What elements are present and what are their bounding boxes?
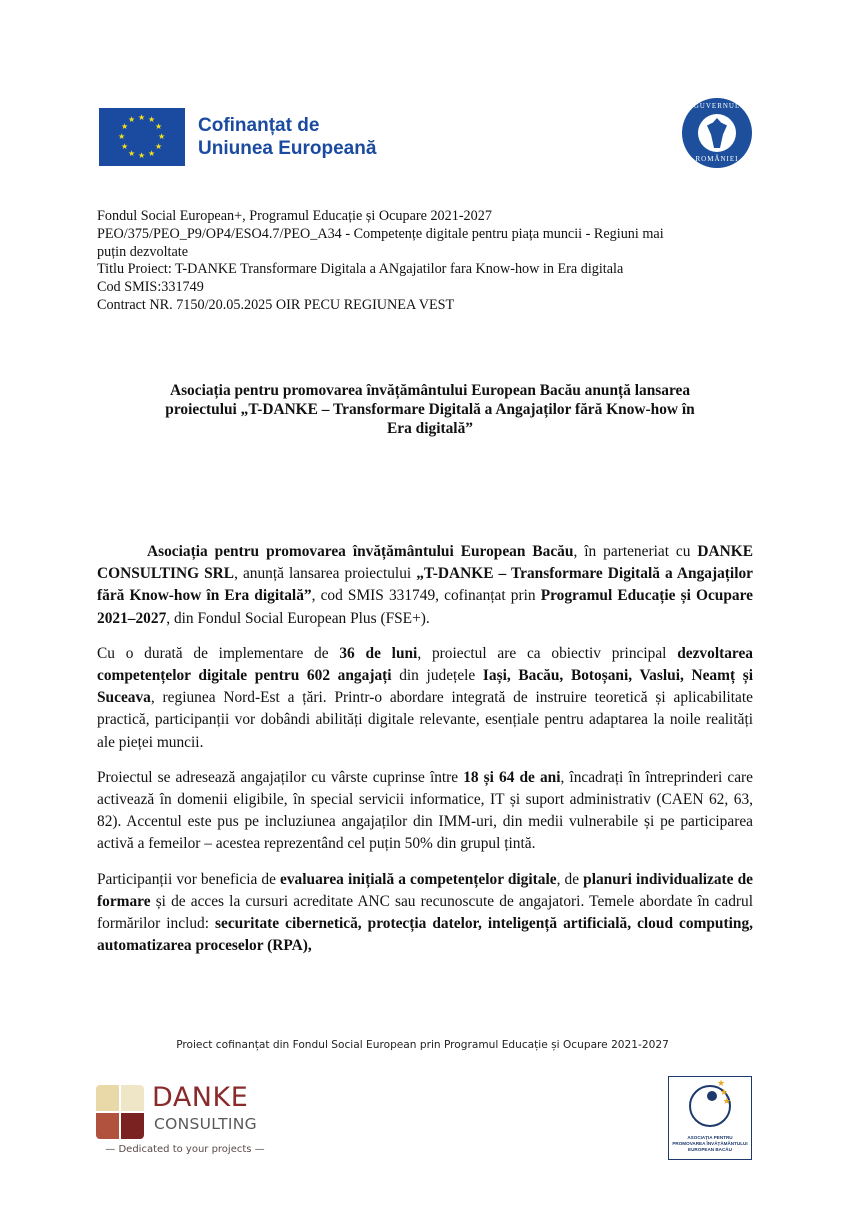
paragraph-intro: Asociația pentru promovarea învățământul… [97, 541, 753, 630]
text: , cod SMIS 331749, cofinanțat prin [312, 587, 541, 604]
danke-name: DANKE [152, 1082, 248, 1113]
project-header-info: Fondul Social European+, Programul Educa… [97, 208, 757, 315]
announcement-title: Asociația pentru promovarea învățământul… [120, 381, 740, 438]
text: , de [557, 871, 584, 888]
danke-tagline-text: Dedicated to your projects [118, 1144, 251, 1155]
association-logo-text: ASOCIAȚIA PENTRU PROMOVAREA ÎNVĂȚĂMÂNTUL… [671, 1135, 749, 1153]
text: din județele [392, 667, 483, 684]
stars-icon: ★ ★ ★ [717, 1080, 731, 1107]
paragraph-target-group: Proiectul se adresează angajaților cu vâ… [97, 767, 753, 856]
danke-tagline: — Dedicated to your projects — [96, 1144, 274, 1155]
text: Proiectul se adresează angajaților cu vâ… [97, 769, 463, 786]
text: , anunță lansarea proiectului [234, 565, 416, 582]
footer-cofinancing-note: Proiect cofinanțat din Fondul Social Eur… [0, 1039, 845, 1051]
text: Cu o durată de implementare de [97, 645, 339, 662]
title-line3: Era digitală” [120, 419, 740, 438]
association-logo: ★ ★ ★ ASOCIAȚIA PENTRU PROMOVAREA ÎNVĂȚĂ… [668, 1076, 752, 1160]
eu-logo-line1: Cofinanțat de [198, 114, 376, 137]
paragraph-benefits: Participanții vor beneficia de evaluarea… [97, 869, 753, 958]
header-line-smis: Cod SMIS:331749 [97, 279, 757, 297]
text: , în parteneriat cu [573, 543, 697, 560]
header-line-fund: Fondul Social European+, Programul Educa… [97, 208, 757, 226]
bold-text: evaluarea inițială a competențelor digit… [280, 871, 557, 888]
seal-bottom-text: ROMÂNIEI [682, 155, 752, 163]
romanian-government-seal: GUVERNUL ROMÂNIEI [682, 98, 752, 168]
announcement-body: Asociația pentru promovarea învățământul… [97, 541, 753, 970]
title-line1: Asociația pentru promovarea învățământul… [120, 381, 740, 400]
text: Participanții vor beneficia de [97, 871, 280, 888]
header-line-contract: Contract NR. 7150/20.05.2025 OIR PECU RE… [97, 297, 757, 315]
text: , din Fondul Social European Plus (FSE+)… [166, 610, 429, 627]
eu-cofinancing-logo: ★ ★ ★ ★ ★ ★ ★ ★ ★ ★ ★ ★ Cofinanțat de Un… [99, 106, 399, 168]
danke-sub: CONSULTING [154, 1115, 257, 1133]
bold-text: 18 și 64 de ani [463, 769, 560, 786]
paragraph-objective: Cu o durată de implementare de 36 de lun… [97, 643, 753, 754]
bold-text: 36 de luni [339, 645, 417, 662]
eu-logo-line2: Uniunea Europeană [198, 137, 376, 160]
danke-consulting-logo: DANKE CONSULTING — Dedicated to your pro… [96, 1085, 276, 1160]
header-line-code: PEO/375/PEO_P9/OP4/ESO4.7/PEO_A34 - Comp… [97, 226, 757, 244]
person-figure-icon [707, 1091, 717, 1101]
eu-logo-text: Cofinanțat de Uniunea Europeană [198, 114, 376, 160]
header-line-title: Titlu Proiect: T-DANKE Transformare Digi… [97, 261, 757, 279]
title-line2: proiectului „T-DANKE – Transformare Digi… [120, 400, 740, 419]
text: , regiunea Nord-Est a țări. Printr-o abo… [97, 689, 753, 750]
eu-flag-icon: ★ ★ ★ ★ ★ ★ ★ ★ ★ ★ ★ ★ [99, 108, 185, 166]
bold-text: Asociația pentru promovarea învățământul… [147, 543, 573, 560]
seal-top-text: GUVERNUL [682, 102, 752, 110]
danke-mark-icon [96, 1085, 146, 1141]
text: , proiectul are ca obiectiv principal [417, 645, 677, 662]
header-line-code-cont: puțin dezvoltate [97, 244, 757, 262]
